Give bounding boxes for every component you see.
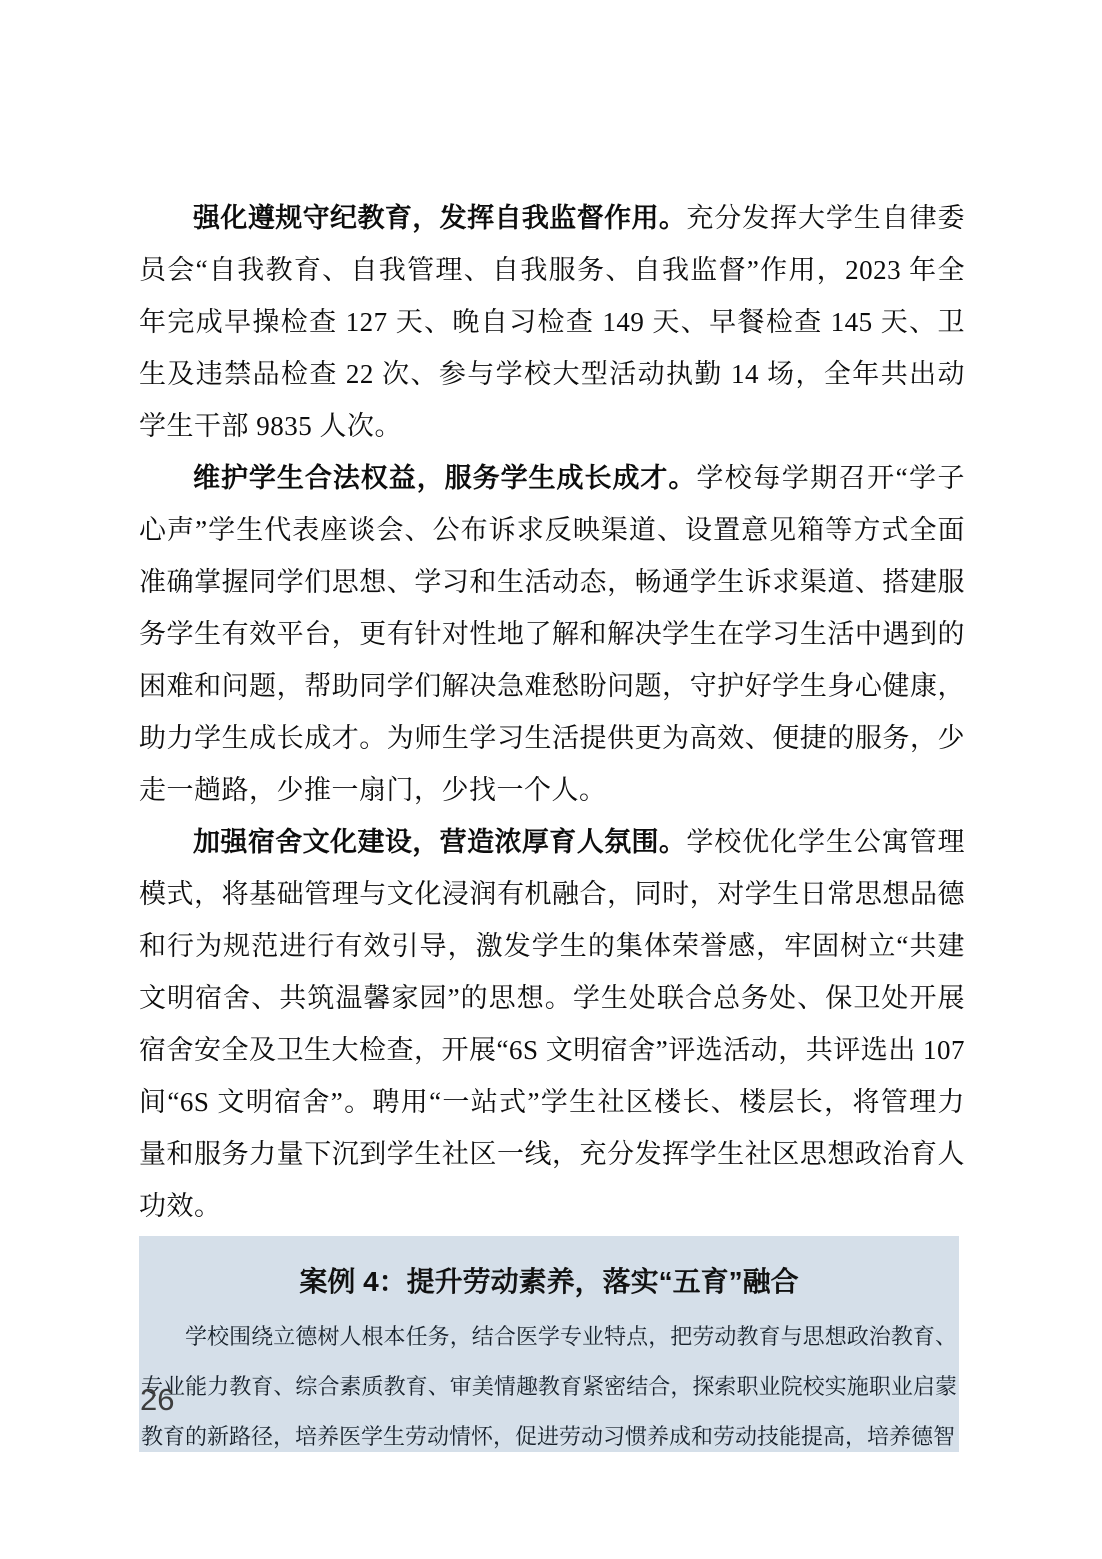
page-number: 26 (140, 1382, 174, 1418)
paragraph-lead: 维护学生合法权益，服务学生成长成才。 (193, 463, 696, 493)
paragraph-body: 学校优化学生公寓管理模式，将基础管理与文化浸润有机融合，同时，对学生日常思想品德… (139, 827, 965, 1221)
paragraph-discipline-education: 强化遵规守纪教育，发挥自我监督作用。充分发挥大学生自律委员会“自我教育、自我管理… (139, 192, 965, 452)
document-page: 强化遵规守纪教育，发挥自我监督作用。充分发挥大学生自律委员会“自我教育、自我管理… (0, 0, 1102, 1559)
paragraph-student-rights: 维护学生合法权益，服务学生成长成才。学校每学期召开“学子心声”学生代表座谈会、公… (139, 452, 965, 816)
case-box: 案例 4：提升劳动素养，落实“五育”融合 学校围绕立德树人根本任务，结合医学专业… (139, 1236, 959, 1452)
paragraph-body: 充分发挥大学生自律委员会“自我教育、自我管理、自我服务、自我监督”作用，2023… (139, 203, 965, 441)
paragraph-lead: 加强宿舍文化建设，营造浓厚育人氛围。 (193, 827, 686, 857)
paragraph-body: 学校每学期召开“学子心声”学生代表座谈会、公布诉求反映渠道、设置意见箱等方式全面… (139, 463, 965, 805)
paragraph-dormitory-culture: 加强宿舍文化建设，营造浓厚育人氛围。学校优化学生公寓管理模式，将基础管理与文化浸… (139, 816, 965, 1232)
case-box-body: 学校围绕立德树人根本任务，结合医学专业特点，把劳动教育与思想政治教育、专业能力教… (141, 1312, 957, 1452)
case-box-title: 案例 4：提升劳动素养，落实“五育”融合 (139, 1236, 959, 1302)
paragraph-lead: 强化遵规守纪教育，发挥自我监督作用。 (193, 203, 686, 233)
page-content: 强化遵规守纪教育，发挥自我监督作用。充分发挥大学生自律委员会“自我教育、自我管理… (139, 192, 965, 1452)
